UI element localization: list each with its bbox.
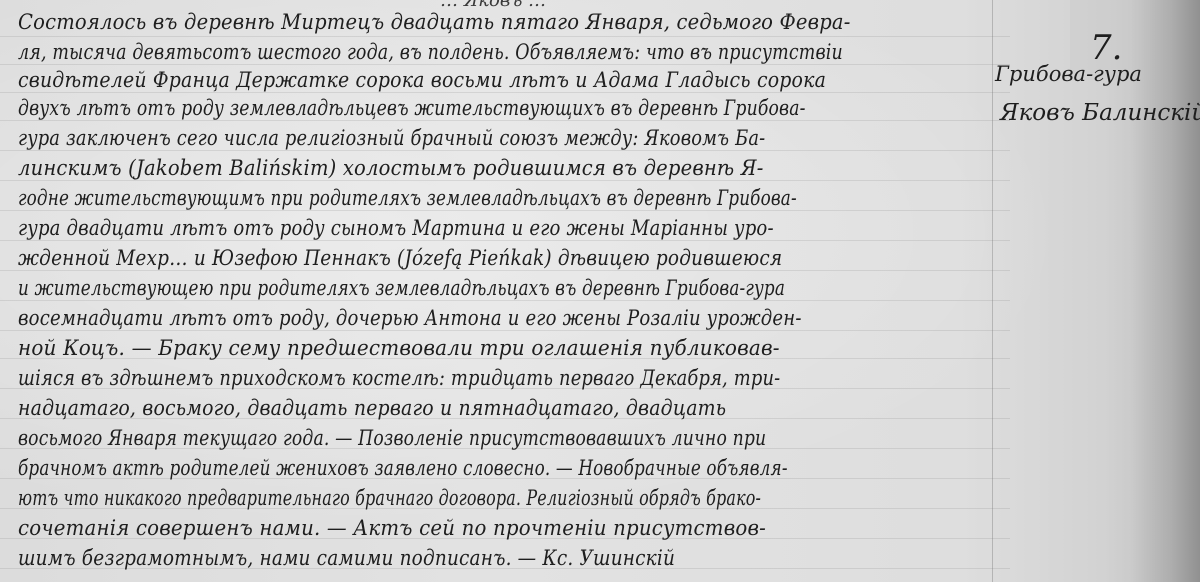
text-line: надцатаго, восьмого, двадцать перваго и … [18, 396, 726, 420]
ruled-line [0, 270, 1010, 271]
ruled-line [0, 330, 1010, 331]
ruled-line [0, 150, 1010, 151]
text-line: ютъ что никакого предварительнаго брачна… [18, 486, 761, 510]
text-line: Состоялось въ деревнѣ Миртецъ двадцать п… [18, 10, 850, 34]
ruled-line [0, 36, 1010, 37]
ruled-line [0, 92, 1010, 93]
ruled-line [0, 180, 1010, 181]
text-line: свидѣтелей Франца Держатке сорока восьми… [18, 68, 826, 92]
ruled-line [0, 300, 1010, 301]
text-line: жденной Мехр… и Юзефою Пеннакъ (Józefą P… [18, 246, 782, 270]
margin-village-name: Грибова-гура [995, 62, 1142, 86]
margin-divider [992, 0, 993, 582]
text-line: линскимъ (Jakobem Balińskim) холостымъ р… [18, 156, 763, 180]
text-line: ной Коцъ. — Браку сему предшествовали тр… [18, 336, 780, 360]
text-line: и жительствующею при родителяхъ землевла… [18, 276, 785, 300]
document-page: … Яковъ … Состоялось въ деревнѣ Миртецъ … [0, 0, 1200, 582]
text-line: ля, тысяча девятьсотъ шестого года, въ п… [18, 40, 843, 64]
text-line: годне жительствующимъ при родителяхъ зем… [18, 186, 797, 210]
text-line: восьмого Января текущаго года. — Позволе… [18, 426, 766, 450]
margin-groom-name: Яковъ Балинскій [1000, 100, 1200, 126]
text-line: гура заключенъ сего числа религіозный бр… [18, 126, 765, 150]
text-line: восемнадцати лѣтъ отъ роду, дочерью Анто… [18, 306, 802, 330]
ruled-line [0, 120, 1010, 121]
ruled-line [0, 240, 1010, 241]
text-line: шимъ безграмотнымъ, нами самими подписан… [18, 546, 675, 570]
text-line: брачномъ актѣ родителей жениховъ заявлен… [18, 456, 788, 480]
ruled-line [0, 210, 1010, 211]
page-edge-shadow [1130, 0, 1200, 582]
text-line: двухъ лѣтъ отъ роду землевладѣльцевъ жит… [18, 96, 806, 120]
text-line: сочетанія совершенъ нами. — Актъ сей по … [18, 516, 766, 540]
ruled-line [0, 64, 1010, 65]
text-line: шіяся въ здѣшнемъ приходскомъ костелѣ: т… [18, 366, 780, 390]
text-line: гура двадцати лѣтъ отъ роду сыномъ Марти… [18, 216, 774, 240]
